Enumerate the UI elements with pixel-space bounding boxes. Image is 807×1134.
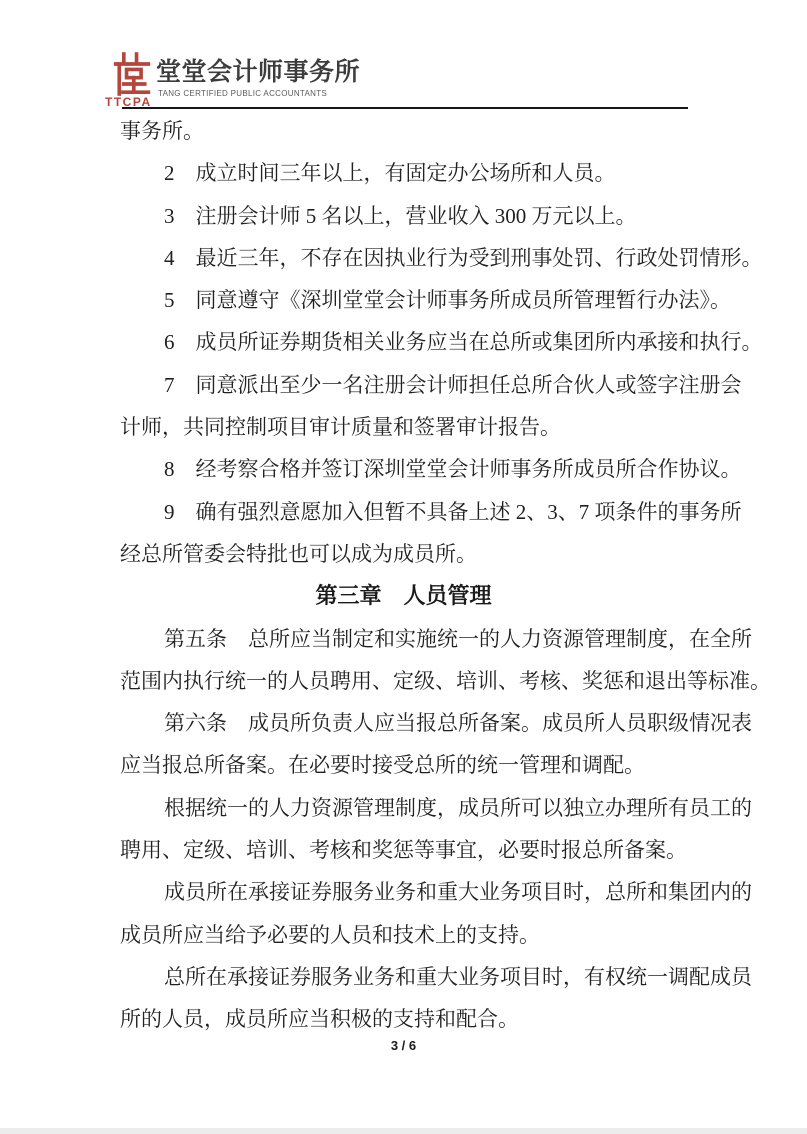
text-line: 第五条 总所应当制定和实施统一的人力资源管理制度，在全所 [0, 618, 807, 660]
text-line: 9 确有强烈意愿加入但暂不具备上述 2、3、7 项条件的事务所 [0, 491, 807, 533]
text-line: 成员所在承接证券服务业务和重大业务项目时，总所和集团内的 [0, 871, 807, 913]
text-line: 聘用、定级、培训、考核和奖惩等事宜，必要时报总所备案。 [0, 829, 807, 871]
letterhead: TTCPA 堂堂会计师事务所 TANG CERTIFIED PUBLIC ACC… [0, 0, 807, 112]
text-line: 事务所。 [0, 110, 807, 152]
text-line: 应当报总所备案。在必要时接受总所的统一管理和调配。 [0, 744, 807, 786]
document-text: 事务所。2 成立时间三年以上，有固定办公场所和人员。3 注册会计师 5 名以上，… [0, 110, 807, 1041]
text-line: 总所在承接证券服务业务和重大业务项目时，有权统一调配成员 [0, 956, 807, 998]
company-name-cn: 堂堂会计师事务所 [156, 59, 360, 86]
text-line: 计师，共同控制项目审计质量和签署审计报告。 [0, 406, 807, 448]
text-line: 成员所应当给予必要的人员和技术上的支持。 [0, 914, 807, 956]
text-line: 所的人员，成员所应当积极的支持和配合。 [0, 998, 807, 1040]
text-line: 3 注册会计师 5 名以上，营业收入 300 万元以上。 [0, 195, 807, 237]
tang-seal-icon [112, 52, 152, 96]
text-line: 6 成员所证券期货相关业务应当在总所或集团所内承接和执行。 [0, 321, 807, 363]
header-rule-divider [122, 107, 688, 109]
text-line: 范围内执行统一的人员聘用、定级、培训、考核、奖惩和退出等标准。 [0, 660, 807, 702]
text-line: 8 经考察合格并签订深圳堂堂会计师事务所成员所合作协议。 [0, 448, 807, 490]
text-line: 5 同意遵守《深圳堂堂会计师事务所成员所管理暂行办法》。 [0, 279, 807, 321]
text-line: 经总所管委会特批也可以成为成员所。 [0, 533, 807, 575]
document-page: TTCPA 堂堂会计师事务所 TANG CERTIFIED PUBLIC ACC… [0, 0, 807, 1134]
chapter-heading: 第三章 人员管理 [0, 575, 807, 617]
page-number: 3 / 6 [0, 1038, 807, 1053]
bottom-scrollbar-track[interactable] [0, 1128, 807, 1134]
text-line: 根据统一的人力资源管理制度，成员所可以独立办理所有员工的 [0, 787, 807, 829]
text-line: 4 最近三年，不存在因执业行为受到刑事处罚、行政处罚情形。 [0, 237, 807, 279]
text-line: 第六条 成员所负责人应当报总所备案。成员所人员职级情况表 [0, 702, 807, 744]
text-line: 7 同意派出至少一名注册会计师担任总所合伙人或签字注册会 [0, 364, 807, 406]
company-name-en: TANG CERTIFIED PUBLIC ACCOUNTANTS [158, 89, 327, 98]
text-line: 2 成立时间三年以上，有固定办公场所和人员。 [0, 152, 807, 194]
